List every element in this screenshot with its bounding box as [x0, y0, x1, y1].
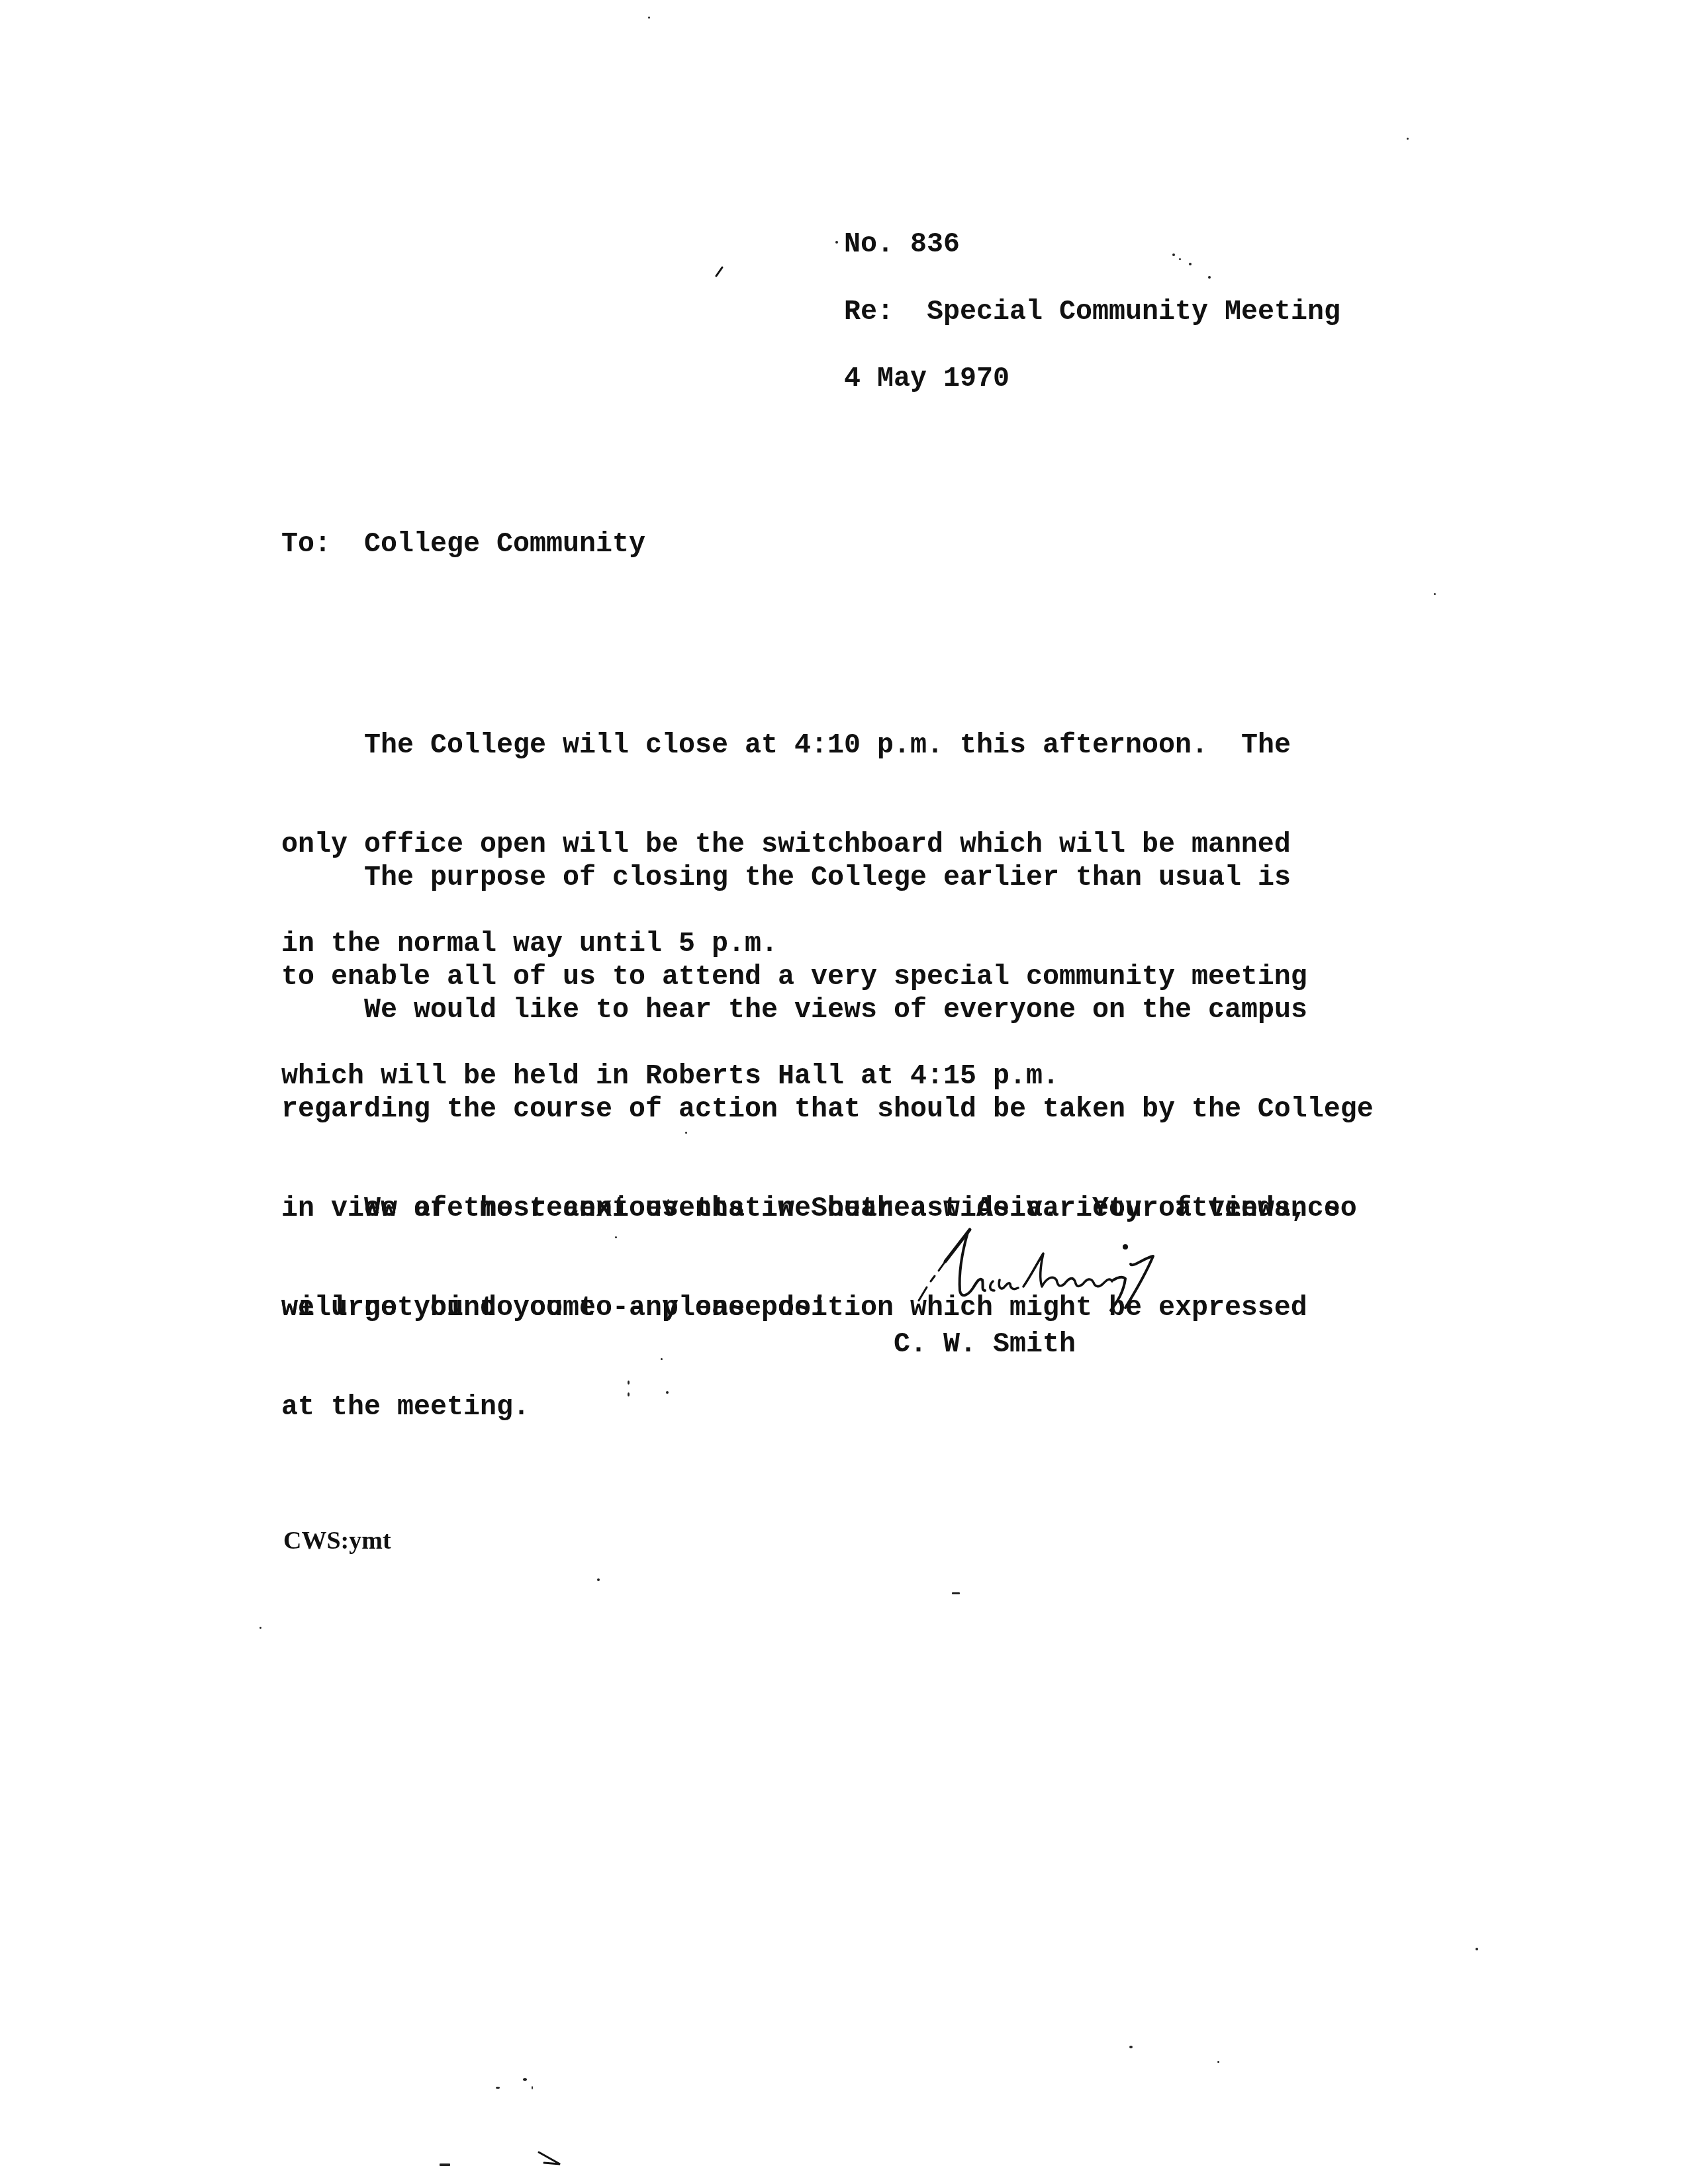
scan-speck [1434, 593, 1436, 595]
memo-number: No. 836 [844, 228, 960, 261]
scan-speck [1208, 276, 1211, 279]
scan-speck [1129, 2046, 1133, 2048]
reference-initials: CWS:ymt [283, 1526, 391, 1555]
scan-speck [648, 17, 650, 19]
signer-name: C. W. Smith [894, 1328, 1076, 1361]
scan-speck [440, 2163, 450, 2166]
addressee-line: To: College Community [281, 527, 645, 561]
scan-speck [661, 1358, 663, 1360]
scan-mark [535, 2150, 563, 2168]
paragraph-line: We would like to hear the views of every… [281, 993, 1374, 1026]
paragraph-line: We are most anxious that we hear a wide … [281, 1192, 1357, 1225]
scan-speck [496, 2087, 500, 2089]
memo-page: No. 836 Re: Special Community Meeting 4 … [0, 0, 1688, 2184]
memo-subject-line: Re: Special Community Meeting [844, 295, 1340, 328]
paragraph-line: at the meeting. [281, 1390, 1374, 1424]
scan-mark [714, 265, 726, 278]
memo-date: 4 May 1970 [844, 362, 1009, 395]
scan-speck [667, 1199, 669, 1204]
to-label: To: [281, 528, 331, 560]
scan-speck [1407, 138, 1409, 140]
scan-speck [1189, 263, 1192, 265]
paragraph-line: The College will close at 4:10 p.m. this… [281, 729, 1291, 762]
scan-speck [1179, 258, 1181, 260]
paragraph-line: The purpose of closing the College earli… [281, 861, 1307, 894]
scan-speck [1217, 2061, 1219, 2063]
scan-speck [1476, 1948, 1478, 1950]
to-recipient: College Community [364, 528, 645, 560]
scan-speck [835, 241, 838, 244]
memo-subject: Special Community Meeting [927, 296, 1340, 328]
scan-speck [666, 1391, 669, 1394]
re-label: Re: [844, 296, 894, 328]
scan-speck [628, 1381, 630, 1385]
scan-speck [532, 2086, 533, 2089]
handwritten-signature [907, 1224, 1205, 1314]
scan-speck [1172, 253, 1175, 256]
scan-speck [259, 1627, 261, 1629]
scan-speck [952, 1592, 960, 1594]
scan-speck [523, 2078, 527, 2081]
scan-speck [685, 1132, 687, 1134]
scan-speck [628, 1392, 630, 1396]
paragraph-line: regarding the course of action that shou… [281, 1093, 1374, 1126]
scan-speck [615, 1236, 617, 1238]
scan-speck [597, 1578, 600, 1581]
